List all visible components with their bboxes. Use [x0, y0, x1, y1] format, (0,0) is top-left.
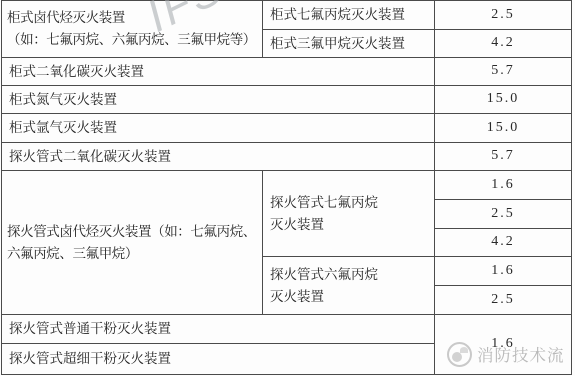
device-subtype-cell: 探火管式七氟丙烷 灭火装置 — [263, 171, 435, 257]
value-cell: 2.5 — [435, 286, 572, 315]
value-cell: 2.5 — [435, 200, 572, 229]
value-cell-merged: 1.6 — [435, 315, 572, 375]
device-category-cell: 柜式卤代烃灭火装置 （如：七氟丙烷、六氟丙烷、三氟甲烷等） — [2, 1, 263, 58]
device-category-cell: 探火管式卤代烃灭火装置（如：七氟丙烷、 六氟丙烷、三氟甲烷） — [2, 171, 263, 315]
value-cell: 1.6 — [435, 171, 572, 200]
device-category-cell: 柜式氩气灭火装置 — [2, 114, 435, 143]
device-category-cell: 探火管式二氧化碳灭火装置 — [2, 143, 435, 171]
device-category-cell: 探火管式普通干粉灭火装置 — [2, 315, 435, 344]
value-cell: 1.6 — [435, 257, 572, 286]
device-subtype-cell: 探火管式六氟丙烷 灭火装置 — [263, 257, 435, 315]
value-cell: 2.5 — [435, 1, 572, 30]
value-cell: 5.7 — [435, 143, 572, 171]
device-category-cell: 柜式二氧化碳灭火装置 — [2, 58, 435, 86]
value-cell: 4.2 — [435, 30, 572, 58]
device-subtype-cell: 柜式七氟丙烷灭火装置 — [263, 1, 435, 30]
value-cell: 4.2 — [435, 229, 572, 257]
value-cell: 15.0 — [435, 114, 572, 143]
device-subtype-cell: 柜式三氟甲烷灭火装置 — [263, 30, 435, 58]
value-cell: 15.0 — [435, 86, 572, 114]
value-cell: 5.7 — [435, 58, 572, 86]
document-page: 柜式卤代烃灭火装置 （如：七氟丙烷、六氟丙烷、三氟甲烷等） 柜式七氟丙烷灭火装置… — [0, 0, 575, 376]
extinguishing-device-table: 柜式卤代烃灭火装置 （如：七氟丙烷、六氟丙烷、三氟甲烷等） 柜式七氟丙烷灭火装置… — [1, 0, 572, 375]
device-category-cell: 探火管式超细干粉灭火装置 — [2, 344, 435, 375]
device-category-cell: 柜式氮气灭火装置 — [2, 86, 435, 114]
